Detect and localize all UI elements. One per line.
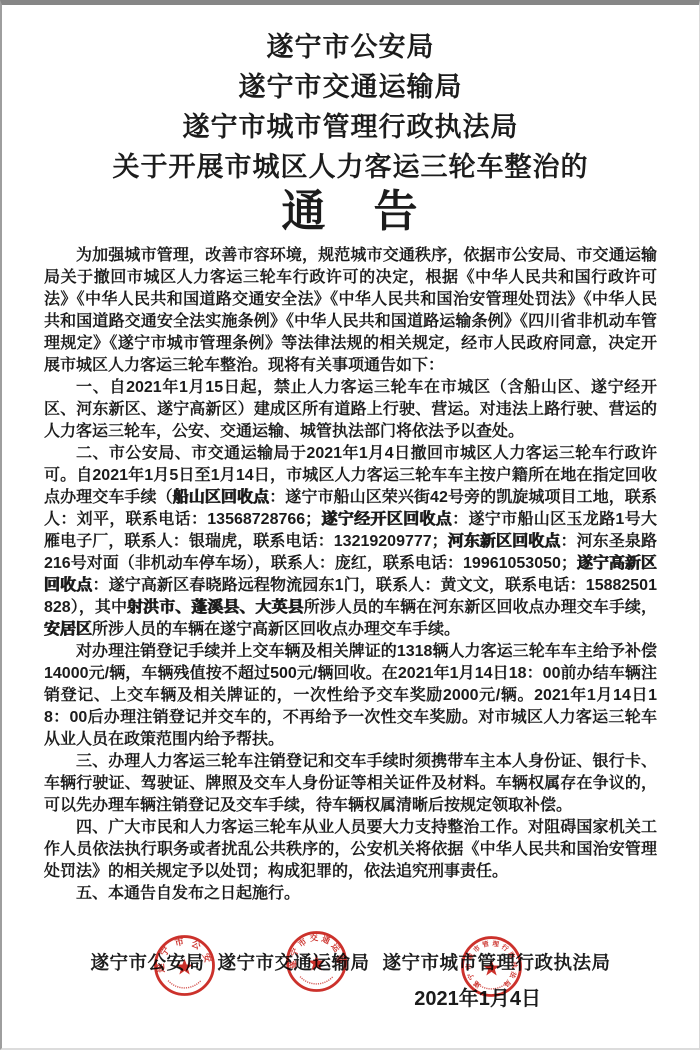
notice-paragraph: 二、市公安局、市交通运输局于2021年1月4日撤回市城区人力客运三轮车行政许可。…: [44, 443, 657, 641]
document-main-title: 通 告: [2, 187, 699, 237]
body-text-segment: 为加强城市管理，改善市容环境，规范城市交通秩序，依据市公安局、市交通运输局关于撤…: [44, 247, 657, 374]
issue-date: 2021年1月4日: [2, 982, 699, 1011]
notice-paragraph: 三、办理人力客运三轮车注销登记和交车手续时须携带车主本人身份证、银行卡、车辆行驶…: [44, 751, 657, 817]
emphasis-text: 安居区: [44, 621, 92, 638]
body-text-segment: 所涉人员的车辆在河东新区回收点办理交车手续，: [304, 599, 657, 616]
agency-name: 遂宁市交通运输局: [217, 949, 369, 975]
document-title-line: 遂宁市交通运输局: [2, 67, 699, 107]
notice-paragraph: 五、本通告自发布之日起施行。: [44, 883, 657, 905]
body-text-segment: 三、办理人力客运三轮车注销登记和交车手续时须携带车主本人身份证、银行卡、车辆行驶…: [44, 753, 657, 814]
emphasis-text: 遂宁经开区回收点: [321, 511, 452, 528]
document-title-line: 关于开展市城区人力客运三轮车整治的: [2, 147, 699, 187]
notice-body: 为加强城市管理，改善市容环境，规范城市交通秩序，依据市公安局、市交通运输局关于撤…: [44, 245, 657, 905]
notice-paragraph: 四、广大市民和人力客运三轮车从业人员要大力支持整治工作。对阻碍国家机关工作人员依…: [44, 817, 657, 883]
body-text-segment: 所涉人员的车辆在遂宁高新区回收点办理交车手续。: [92, 621, 460, 638]
agency-name: 遂宁市公安局: [90, 949, 204, 975]
emphasis-text: 射洪市、蓬溪县、大英县: [127, 599, 304, 616]
body-text-segment: 四、广大市民和人力客运三轮车从业人员要大力支持整治工作。对阻碍国家机关工作人员依…: [44, 819, 657, 880]
body-text-segment: 五、本通告自发布之日起施行。: [76, 885, 300, 902]
body-text-segment: 对办理注销登记手续并上交车辆及相关牌证的1318辆人力客运三轮车车主给予补偿14…: [44, 643, 657, 748]
notice-paragraph: 为加强城市管理，改善市容环境，规范城市交通秩序，依据市公安局、市交通运输局关于撤…: [44, 245, 657, 377]
notice-paragraph: 一、自2021年1月15日起，禁止人力客运三轮车在市城区（含船山区、遂宁经开区、…: [44, 377, 657, 443]
emphasis-text: 船山区回收点: [173, 489, 270, 506]
emphasis-text: 河东新区回收点: [448, 533, 561, 550]
agency-name: 遂宁市城市管理行政执法局: [383, 949, 611, 975]
notice-paragraph: 对办理注销登记手续并上交车辆及相关牌证的1318辆人力客运三轮车车主给予补偿14…: [44, 641, 657, 751]
document-title-block: 遂宁市公安局遂宁市交通运输局遂宁市城市管理行政执法局关于开展市城区人力客运三轮车…: [2, 27, 699, 187]
body-text-segment: 一、自2021年1月15日起，禁止人力客运三轮车在市城区（含船山区、遂宁经开区、…: [44, 379, 657, 440]
document-title-line: 遂宁市城市管理行政执法局: [2, 107, 699, 147]
issuing-agencies-row: 遂宁市公安局遂宁市交通运输局遂宁市城市管理行政执法局: [2, 949, 699, 975]
document-title-line: 遂宁市公安局: [2, 27, 699, 67]
notice-document-page: 遂宁市公安局遂宁市交通运输局遂宁市城市管理行政执法局关于开展市城区人力客运三轮车…: [0, 0, 700, 1050]
